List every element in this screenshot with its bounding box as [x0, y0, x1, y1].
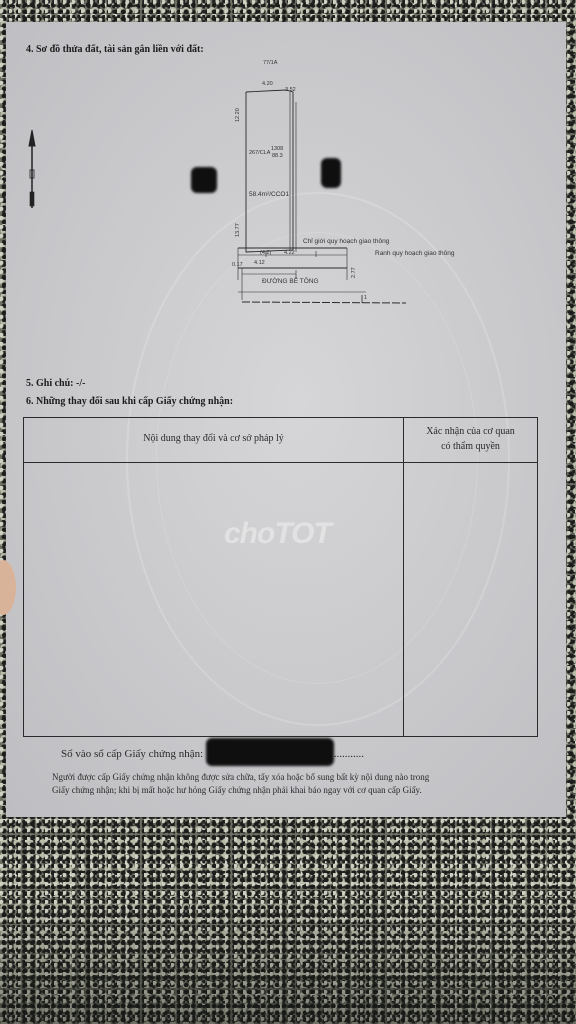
- register-label: Số vào sổ cấp Giấy chứng nhận:: [61, 748, 203, 760]
- changes-table: Nội dung thay đổi và cơ sở pháp lý Xác n…: [23, 417, 538, 737]
- section-5-notes: 5. Ghi chú: -/-: [26, 378, 85, 389]
- diagram-top-width: 4.20: [262, 81, 273, 87]
- background-shadow: [0, 900, 576, 1024]
- table-column-divider: [403, 418, 404, 736]
- section-6-title: 6. Những thay đổi sau khi cấp Giấy chứng…: [26, 396, 233, 407]
- diagram-corner-label: 3.52: [285, 87, 296, 93]
- diagram-side-small: 0.17: [232, 262, 243, 268]
- diagram-right-length: 2.77: [351, 267, 357, 278]
- diagram-legend-zone: Ranh quy hoạch giao thông: [375, 250, 455, 257]
- table-header-certification-line2: có thẩm quyền: [404, 439, 537, 454]
- diagram-legend-boundary: Chỉ giới quy hoạch giao thông: [303, 238, 389, 245]
- redaction-register-number: [206, 738, 334, 766]
- diagram-parcel-area-tag: 88.3: [272, 153, 283, 159]
- diagram-top-code: 77/1A: [263, 60, 277, 66]
- diagram-marker: 1: [364, 295, 367, 301]
- redaction-mark-right: [321, 158, 341, 188]
- chotot-watermark: choTOT: [224, 517, 331, 551]
- diagram-parcel-id: 267/CLA: [249, 150, 270, 156]
- diagram-area: 58.4m²/CCO1: [249, 191, 289, 198]
- diagram-road-name: ĐƯỜNG BÊ TÔNG: [262, 278, 319, 285]
- plot-lines: [6, 22, 566, 322]
- diagram-left-length-lower: 13.77: [235, 223, 241, 237]
- diagram-bottom-left: (4.2): [260, 250, 271, 256]
- redaction-mark-left: [191, 167, 217, 193]
- table-header-divider: [24, 462, 537, 463]
- footer-note-line-2: Giấy chứng nhận; khi bị mất hoặc hư hỏng…: [52, 785, 422, 795]
- footer-note-line-1: Người được cấp Giấy chứng nhận không đượ…: [52, 772, 429, 782]
- land-certificate-page: 4. Sơ đồ thửa đất, tài sản gắn liền với …: [6, 22, 566, 817]
- register-dots: ...........: [334, 748, 364, 760]
- land-plot-diagram: 77/1A 4.20 3.52 267/CLA 1308 88.3 58.4m²…: [6, 22, 566, 322]
- table-header-certification: Xác nhận của cơ quan có thẩm quyền: [404, 424, 537, 454]
- table-header-changes: Nội dung thay đổi và cơ sở pháp lý: [24, 433, 403, 444]
- diagram-left-length-upper: 12.20: [235, 108, 241, 122]
- diagram-bottom-mid: 4.12: [254, 260, 265, 266]
- table-header-certification-line1: Xác nhận của cơ quan: [404, 424, 537, 439]
- diagram-parcel-no: 1308: [271, 146, 283, 152]
- diagram-bottom-seg: 4.22: [284, 250, 295, 256]
